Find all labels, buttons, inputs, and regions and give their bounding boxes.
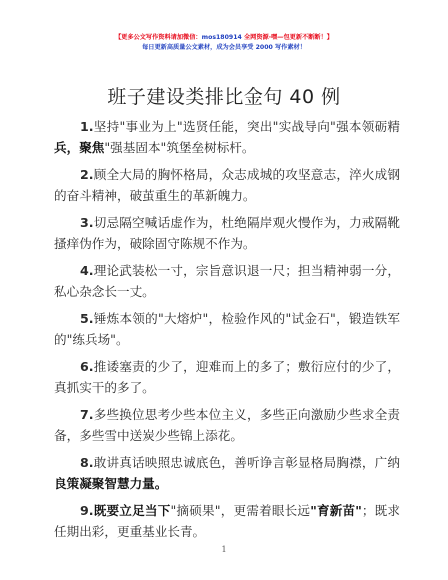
promo-banner-line-1: 【更多公文写作资料请加微信：mos180914 全网资源·嘿—包更新不断断！】 (0, 33, 448, 42)
promo-banner-prefix: 【更多公文写作资料请加微信： (115, 34, 202, 41)
list-item: 8.敢讲真话映照忠诚底色，善听诤言彰显格局胸襟，广纳良策凝聚智慧力量。 (54, 453, 400, 494)
list-item: 2.顾全大局的胸怀格局，众志成城的攻坚意志，淬火成钢的奋斗精神，破茧重生的革新魄… (54, 165, 400, 206)
item-number: 2. (80, 167, 94, 182)
item-number: 6. (80, 359, 94, 374)
item-text: 切忌隔空喊话虚作为，杜绝隔岸观火慢作为，力戒隔靴搔痒伪作为，破除固守陈规不作为。 (54, 215, 400, 251)
list-item: 4.理论武装松一寸，宗旨意识退一尺；担当精神弱一分，私心杂念长一丈。 (54, 261, 400, 302)
list-item: 7.多些换位思考少些本位主义，多些正向激励少些求全责备，多些雪中送炭少些锦上添花… (54, 405, 400, 446)
item-text: "强基固本"筑堡垒树标杆。 (104, 140, 254, 155)
item-text: 敢讲真话映照忠诚底色，善听诤言彰显格局胸襟，广纳 (94, 455, 400, 470)
item-text-bold: "育新苗" (310, 503, 362, 518)
item-text-bold: 兵，聚焦 (54, 140, 104, 155)
item-text: 理论武装松一寸，宗旨意识退一尺；担当精神弱一分，私心杂念长一丈。 (54, 263, 400, 299)
item-number: 9. (80, 503, 94, 518)
item-text: 推诿塞责的少了，迎难而上的多了；敷衍应付的少了，真抓实干的多了。 (54, 359, 400, 395)
sentence-list: 1.坚持"事业为上"选贤任能，突出"实战导向"强本领砺精兵，聚焦"强基固本"筑堡… (54, 117, 400, 549)
item-number: 3. (80, 215, 94, 230)
item-number: 8. (80, 455, 94, 470)
list-item: 5.锤炼本领的"大熔炉"，检验作风的"试金石"，锻造铁军的"练兵场"。 (54, 309, 400, 350)
item-text: 坚持"事业为上"选贤任能，突出"实战导向"强本领砺精 (94, 119, 400, 134)
item-number: 7. (80, 407, 94, 422)
promo-banner-line-2: 每日更新高质量公文素材，成为会员享受 2000 写作素材！ (0, 43, 448, 52)
promo-banner-suffix: 全网资源·嘿—包更新不断断！】 (242, 34, 333, 41)
item-text: "摘硕果"，更需着眼长远 (170, 503, 310, 518)
promo-wechat-id: mos180914 (202, 34, 242, 41)
document-title: 班子建设类排比金句 40 例 (0, 82, 448, 109)
item-text: 顾全大局的胸怀格局，众志成城的攻坚意志，淬火成钢的奋斗精神，破茧重生的革新魄力。 (54, 167, 400, 203)
list-item: 1.坚持"事业为上"选贤任能，突出"实战导向"强本领砺精兵，聚焦"强基固本"筑堡… (54, 117, 400, 158)
list-item: 6.推诿塞责的少了，迎难而上的多了；敷衍应付的少了，真抓实干的多了。 (54, 357, 400, 398)
item-text: 多些换位思考少些本位主义，多些正向激励少些求全责备，多些雪中送炭少些锦上添花。 (54, 407, 400, 443)
page-number: 1 (0, 545, 448, 554)
item-number: 1. (80, 119, 94, 134)
item-number: 5. (80, 311, 94, 326)
item-number: 4. (80, 263, 94, 278)
document-page: 【更多公文写作资料请加微信：mos180914 全网资源·嘿—包更新不断断！】 … (0, 0, 448, 580)
item-text: 锤炼本领的"大熔炉"，检验作风的"试金石"，锻造铁军的"练兵场"。 (54, 311, 400, 347)
item-text-bold: 良策凝聚智慧力量。 (54, 476, 167, 491)
item-text-bold: 既要立足当下 (94, 503, 171, 518)
list-item: 3.切忌隔空喊话虚作为，杜绝隔岸观火慢作为，力戒隔靴搔痒伪作为，破除固守陈规不作… (54, 213, 400, 254)
list-item: 9.既要立足当下"摘硕果"，更需着眼长远"育新苗"；既求任期出彩，更重基业长青。 (54, 501, 400, 542)
